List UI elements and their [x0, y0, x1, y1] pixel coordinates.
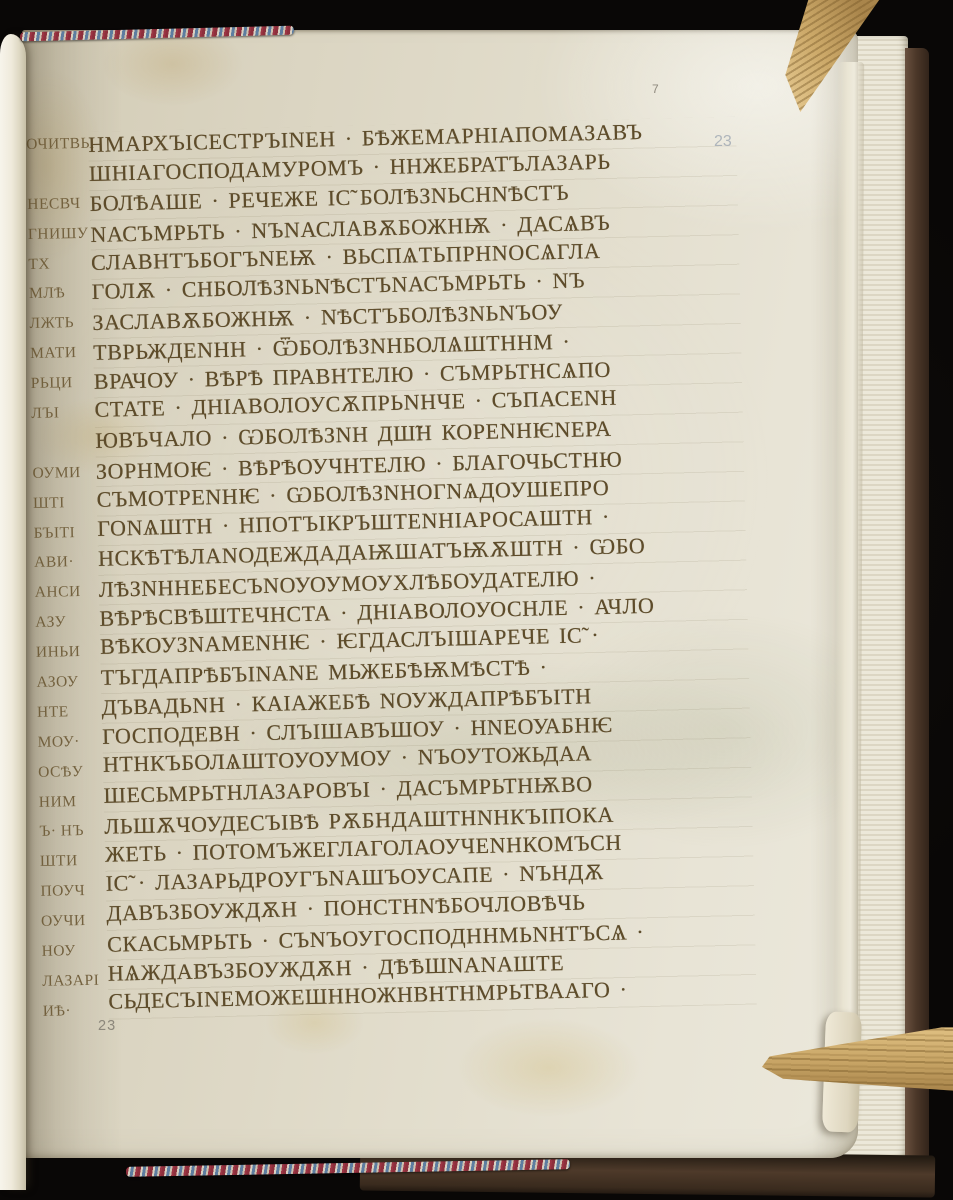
gutter-fragment: ШТІ [33, 493, 96, 524]
gutter-fragment: ИНЬИ [36, 643, 99, 674]
gutter-fragment [27, 165, 90, 196]
gutter-fragment: НТЕ [37, 703, 100, 734]
gutter-fragment: ПОУЧ [40, 882, 103, 913]
gutter-fragment: АВИ· [34, 553, 97, 584]
manuscript-photo: ОЧИТВЫНЕСВЧГНИШУТХМЛѢЛЖТЬМАТИРЬЦИЛЪІОУМИ… [0, 0, 953, 1200]
gutter-fragment: МАТИ [30, 344, 93, 375]
gutter-fragment: ТХ [28, 254, 91, 285]
gutter-fragment: Ъ· НЪ [39, 822, 102, 853]
gutter-fragment: АЗОУ [36, 673, 99, 704]
gutter-fragment: ОЧИТВЫ [26, 135, 89, 166]
gutter-fragment: ГНИШУ [28, 224, 91, 255]
gutter-fragment: ОСѢУ [38, 762, 101, 793]
gutter-fragment: ОУМИ [32, 464, 95, 495]
gutter-fragment: МЛѢ [29, 284, 92, 315]
page-number-pencil-bottom: 23 [98, 1018, 116, 1034]
gutter-fragment: ЛЪІ [31, 404, 94, 435]
gutter-fragment: АНСИ [35, 583, 98, 614]
parchment-bookmark-strip [834, 62, 864, 1062]
gutter-fragment: ОУЧИ [41, 912, 104, 943]
gutter-fragment: АЗУ [35, 613, 98, 644]
gutter-fragment: МОУ· [37, 733, 100, 764]
gutter-fragment: НОУ [41, 942, 104, 973]
text-block: НМАРХЪІСЕСТРЪІNЕН · БѢЖЕМАРНІАПОМАЗАВЪШН… [88, 117, 757, 1020]
gutter-fragment: ШТИ [40, 852, 103, 883]
manuscript-page: ОЧИТВЫНЕСВЧГНИШУТХМЛѢЛЖТЬМАТИРЬЦИЛЪІОУМИ… [22, 30, 858, 1158]
gutter-fragment: НЕСВЧ [27, 195, 90, 226]
gutter-fragment: БЪІТІ [33, 523, 96, 554]
gutter-fragment: ИѢ· [43, 1001, 106, 1032]
gutter-fragment [32, 434, 95, 465]
book-cover-edge-right [905, 48, 929, 1184]
gutter-fragment: ЛЖТЬ [29, 314, 92, 345]
pencil-number-top-right: 23 [714, 133, 732, 151]
gutter-fragment: ЛАЗАРІ [42, 972, 105, 1003]
facing-page-curl [0, 34, 26, 1190]
gutter-fragment: РЬЦИ [31, 374, 94, 405]
gutter-fragment: НИМ [39, 792, 102, 823]
folio-pencil-mark-top: 7 [652, 82, 659, 96]
